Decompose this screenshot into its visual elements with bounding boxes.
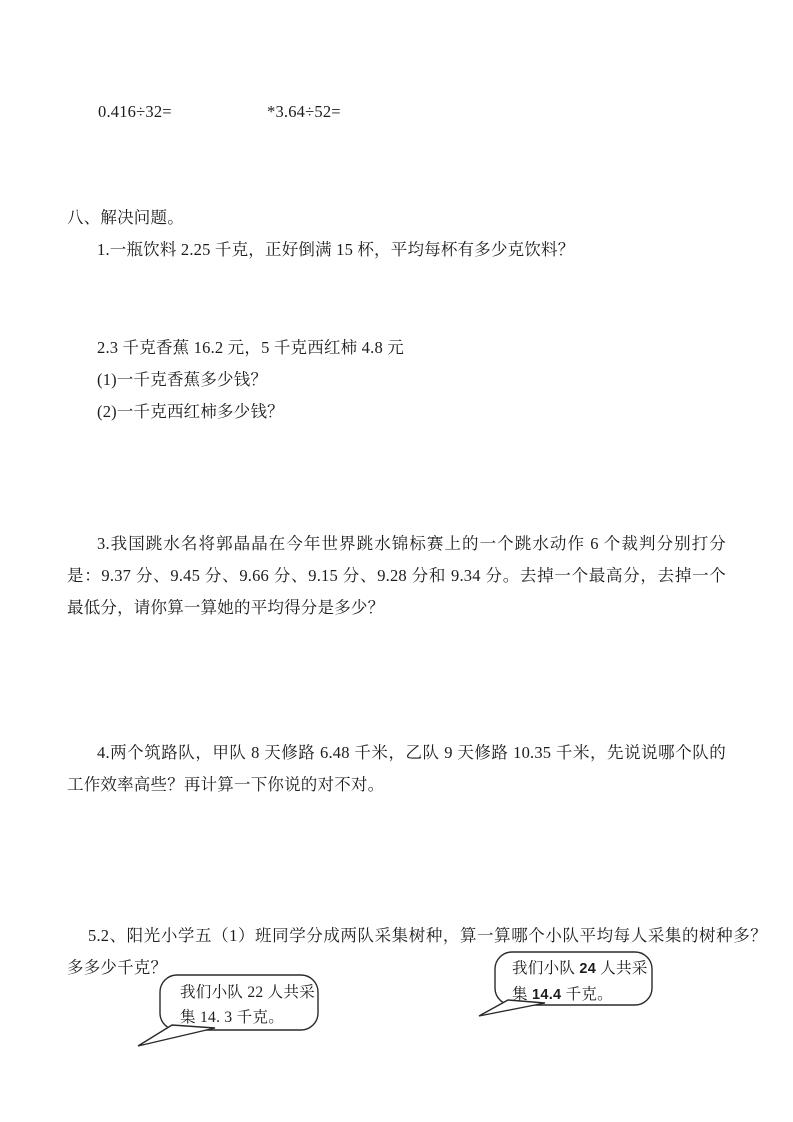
section-heading: 八、解决问题。: [67, 206, 184, 230]
bubble-left-line-1: 我们小队 22 人共采: [180, 980, 315, 1005]
bubble-right-line-2: 集 14.4 千克。: [512, 982, 648, 1008]
bubble-right-line2-pre: 集: [512, 986, 532, 1003]
bubble-right-line1-bold: 24: [579, 961, 596, 977]
bubble-right-line2-bold: 14.4: [532, 987, 561, 1003]
calc-expression-2: *3.64÷52=: [267, 100, 341, 124]
problem-2-intro: 2.3 千克香蕉 16.2 元，5 千克西红柿 4.8 元: [97, 336, 404, 360]
worksheet-page: 0.416÷32= *3.64÷52= 八、解决问题。 1.一瓶饮料 2.25 …: [0, 0, 793, 1122]
bubble-right-line-1: 我们小队 24 人共采: [512, 956, 648, 982]
problem-1: 1.一瓶饮料 2.25 千克，正好倒满 15 杯，平均每杯有多少克饮料？: [97, 238, 574, 262]
speech-bubble-right-text: 我们小队 24 人共采 集 14.4 千克。: [512, 956, 648, 1008]
problem-4: 4.两个筑路队，甲队 8 天修路 6.48 千米，乙队 9 天修路 10.35 …: [67, 737, 726, 801]
problem-2-question-2: (2)一千克西红柿多少钱？: [97, 400, 284, 424]
problem-3: 3.我国跳水名将郭晶晶在今年世界跳水锦标赛上的一个跳水动作 6 个裁判分别打分是…: [67, 528, 726, 624]
bubble-right-line1-pre: 我们小队: [512, 960, 579, 977]
bubble-right-line2-post: 千克。: [561, 986, 613, 1003]
problem-2-question-1: (1)一千克香蕉多少钱？: [97, 368, 267, 392]
bubble-right-line1-post: 人共采: [596, 960, 648, 977]
speech-bubble-left-text: 我们小队 22 人共采 集 14. 3 千克。: [180, 980, 315, 1030]
calc-expression-1: 0.416÷32=: [98, 100, 172, 124]
bubble-left-line-2: 集 14. 3 千克。: [180, 1005, 315, 1030]
